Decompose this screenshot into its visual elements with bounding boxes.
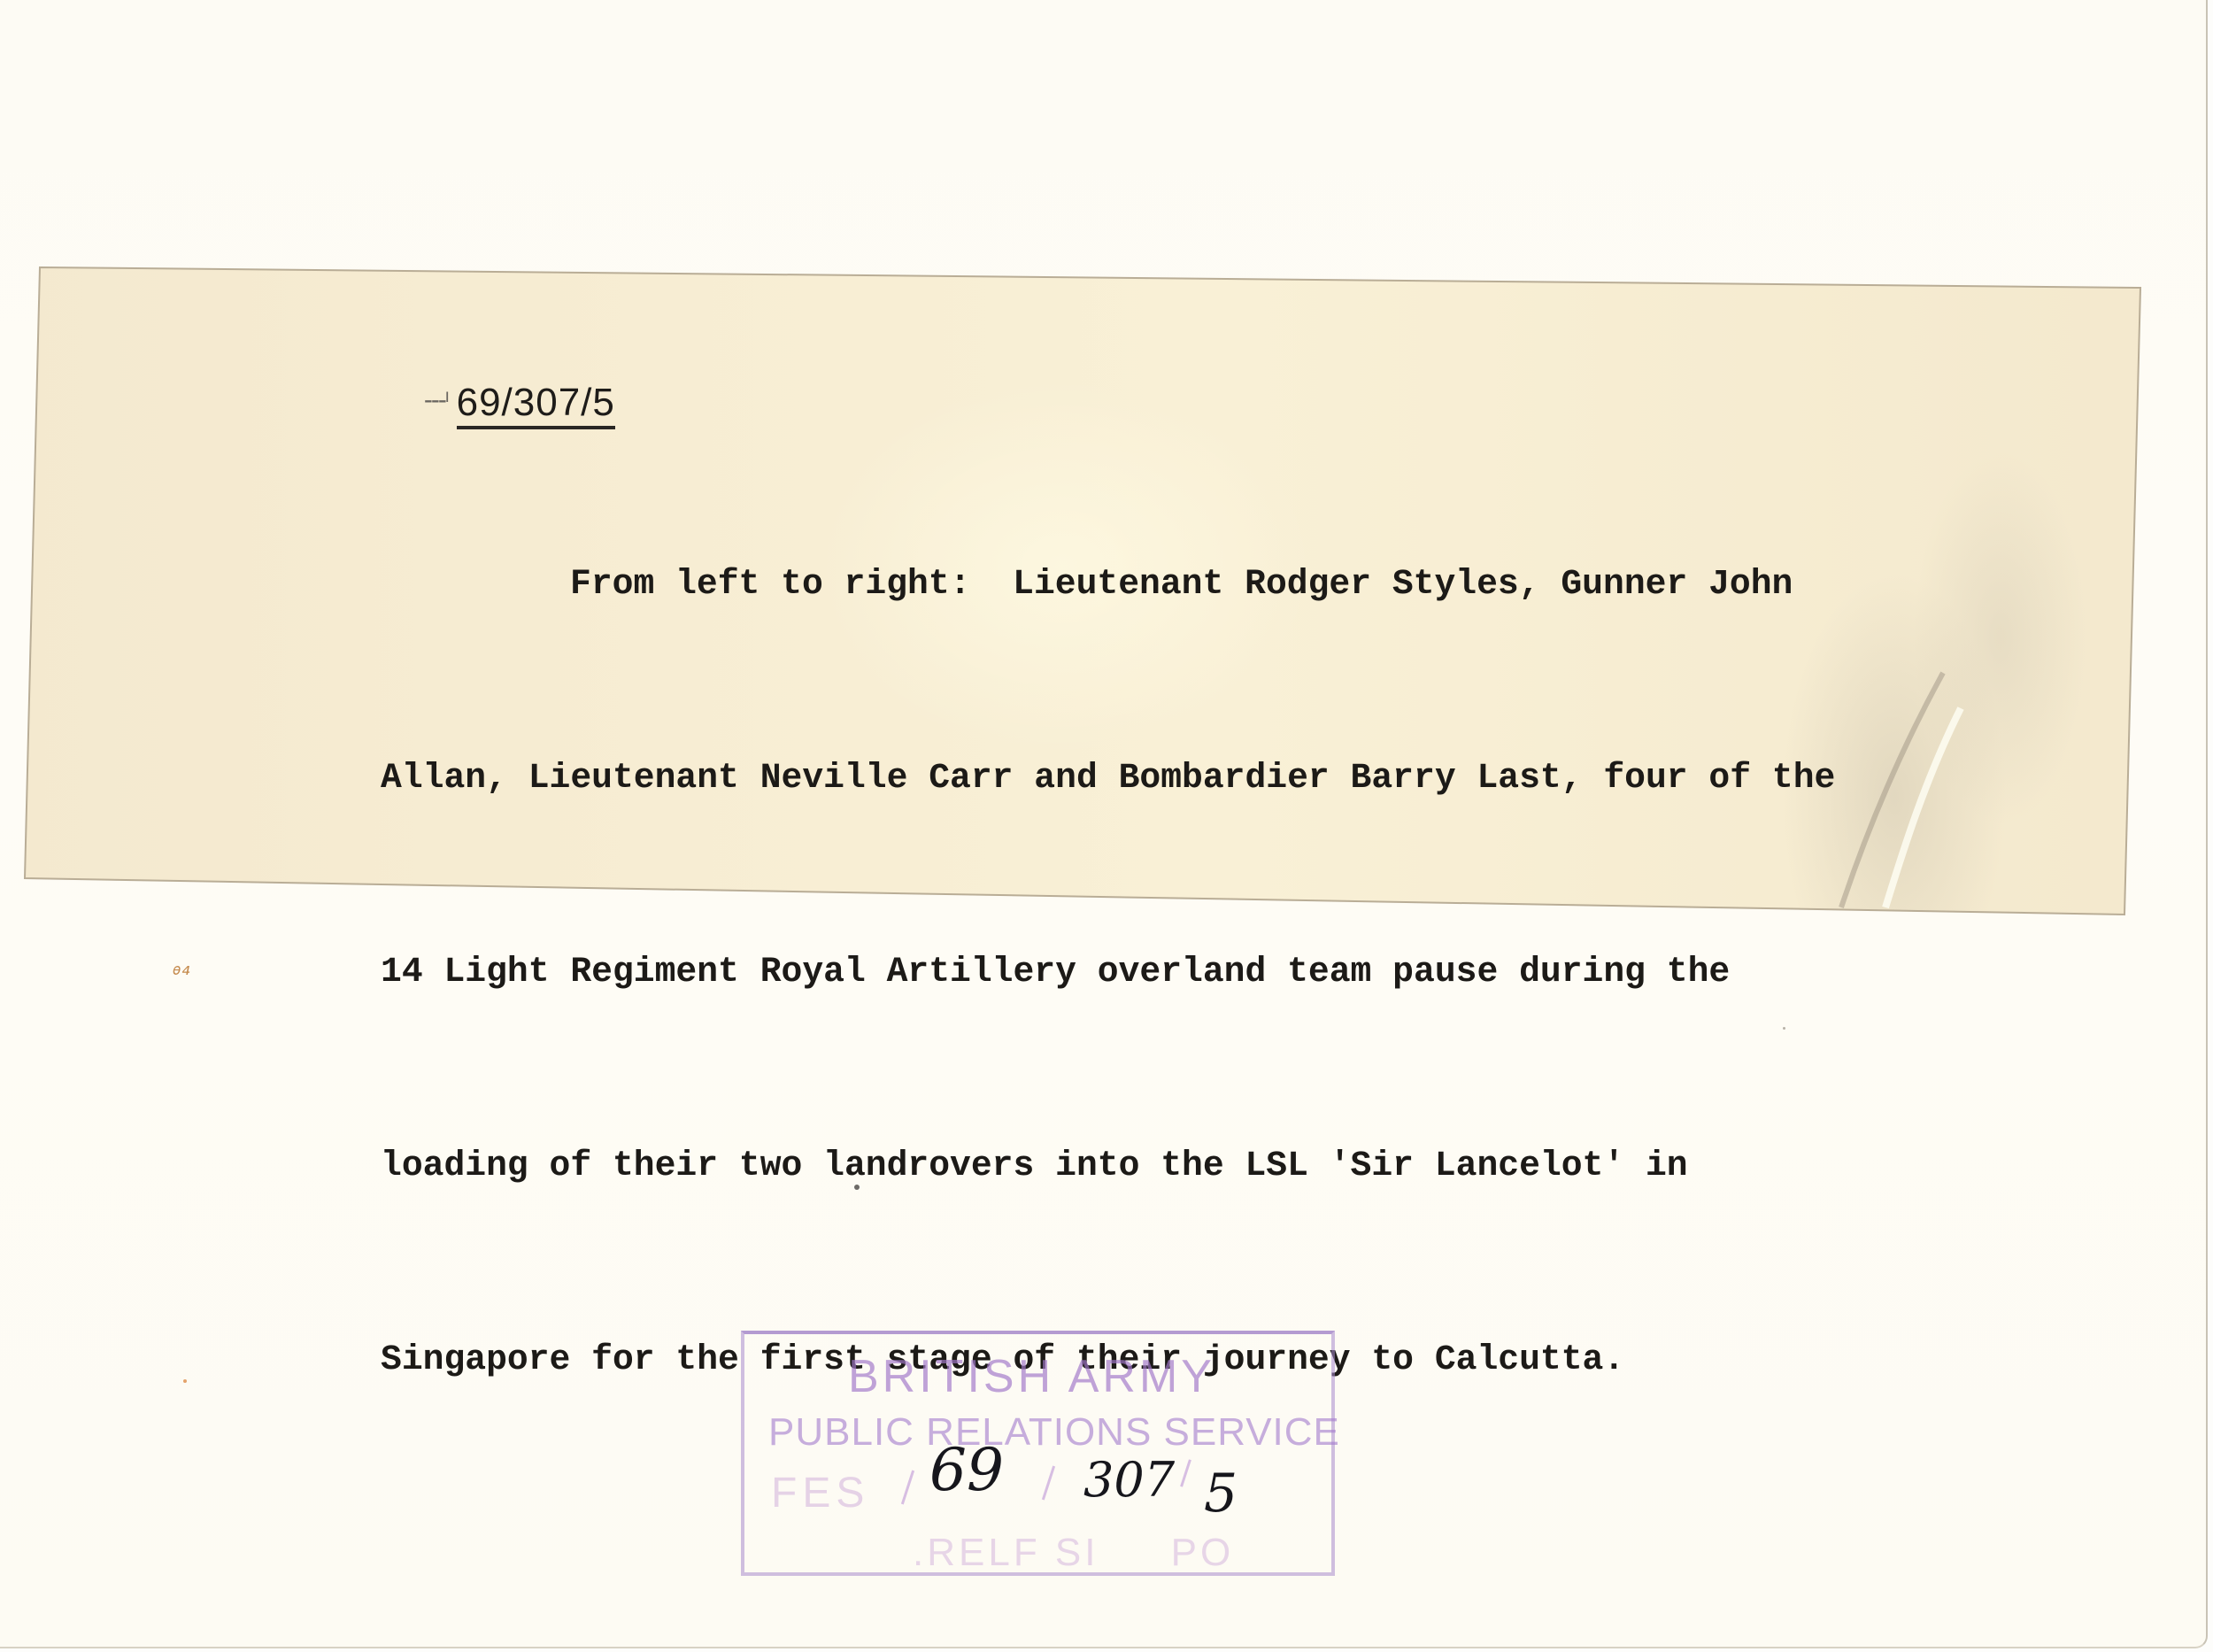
handwritten-series: 69 [929, 1436, 1004, 1504]
stamp-footer: .RELF SI PO [913, 1531, 1234, 1575]
speck-mark [854, 1185, 860, 1190]
stamp-subtitle: PUBLIC RELATIONS SERVICE [768, 1410, 1340, 1455]
handwritten-item: 5 [1204, 1463, 1238, 1525]
speck-mark [183, 1379, 187, 1383]
stamp-title: BRITISH ARMY [848, 1350, 1215, 1403]
pencil-annotation: ᶿ⁴ [173, 962, 190, 987]
stamp-prefix: FES [771, 1469, 869, 1517]
speck-mark [1783, 1027, 1785, 1030]
handwritten-number: 307 [1083, 1452, 1175, 1508]
army-pr-stamp: BRITISH ARMY PUBLIC RELATIONS SERVICE FE… [741, 1331, 1335, 1576]
